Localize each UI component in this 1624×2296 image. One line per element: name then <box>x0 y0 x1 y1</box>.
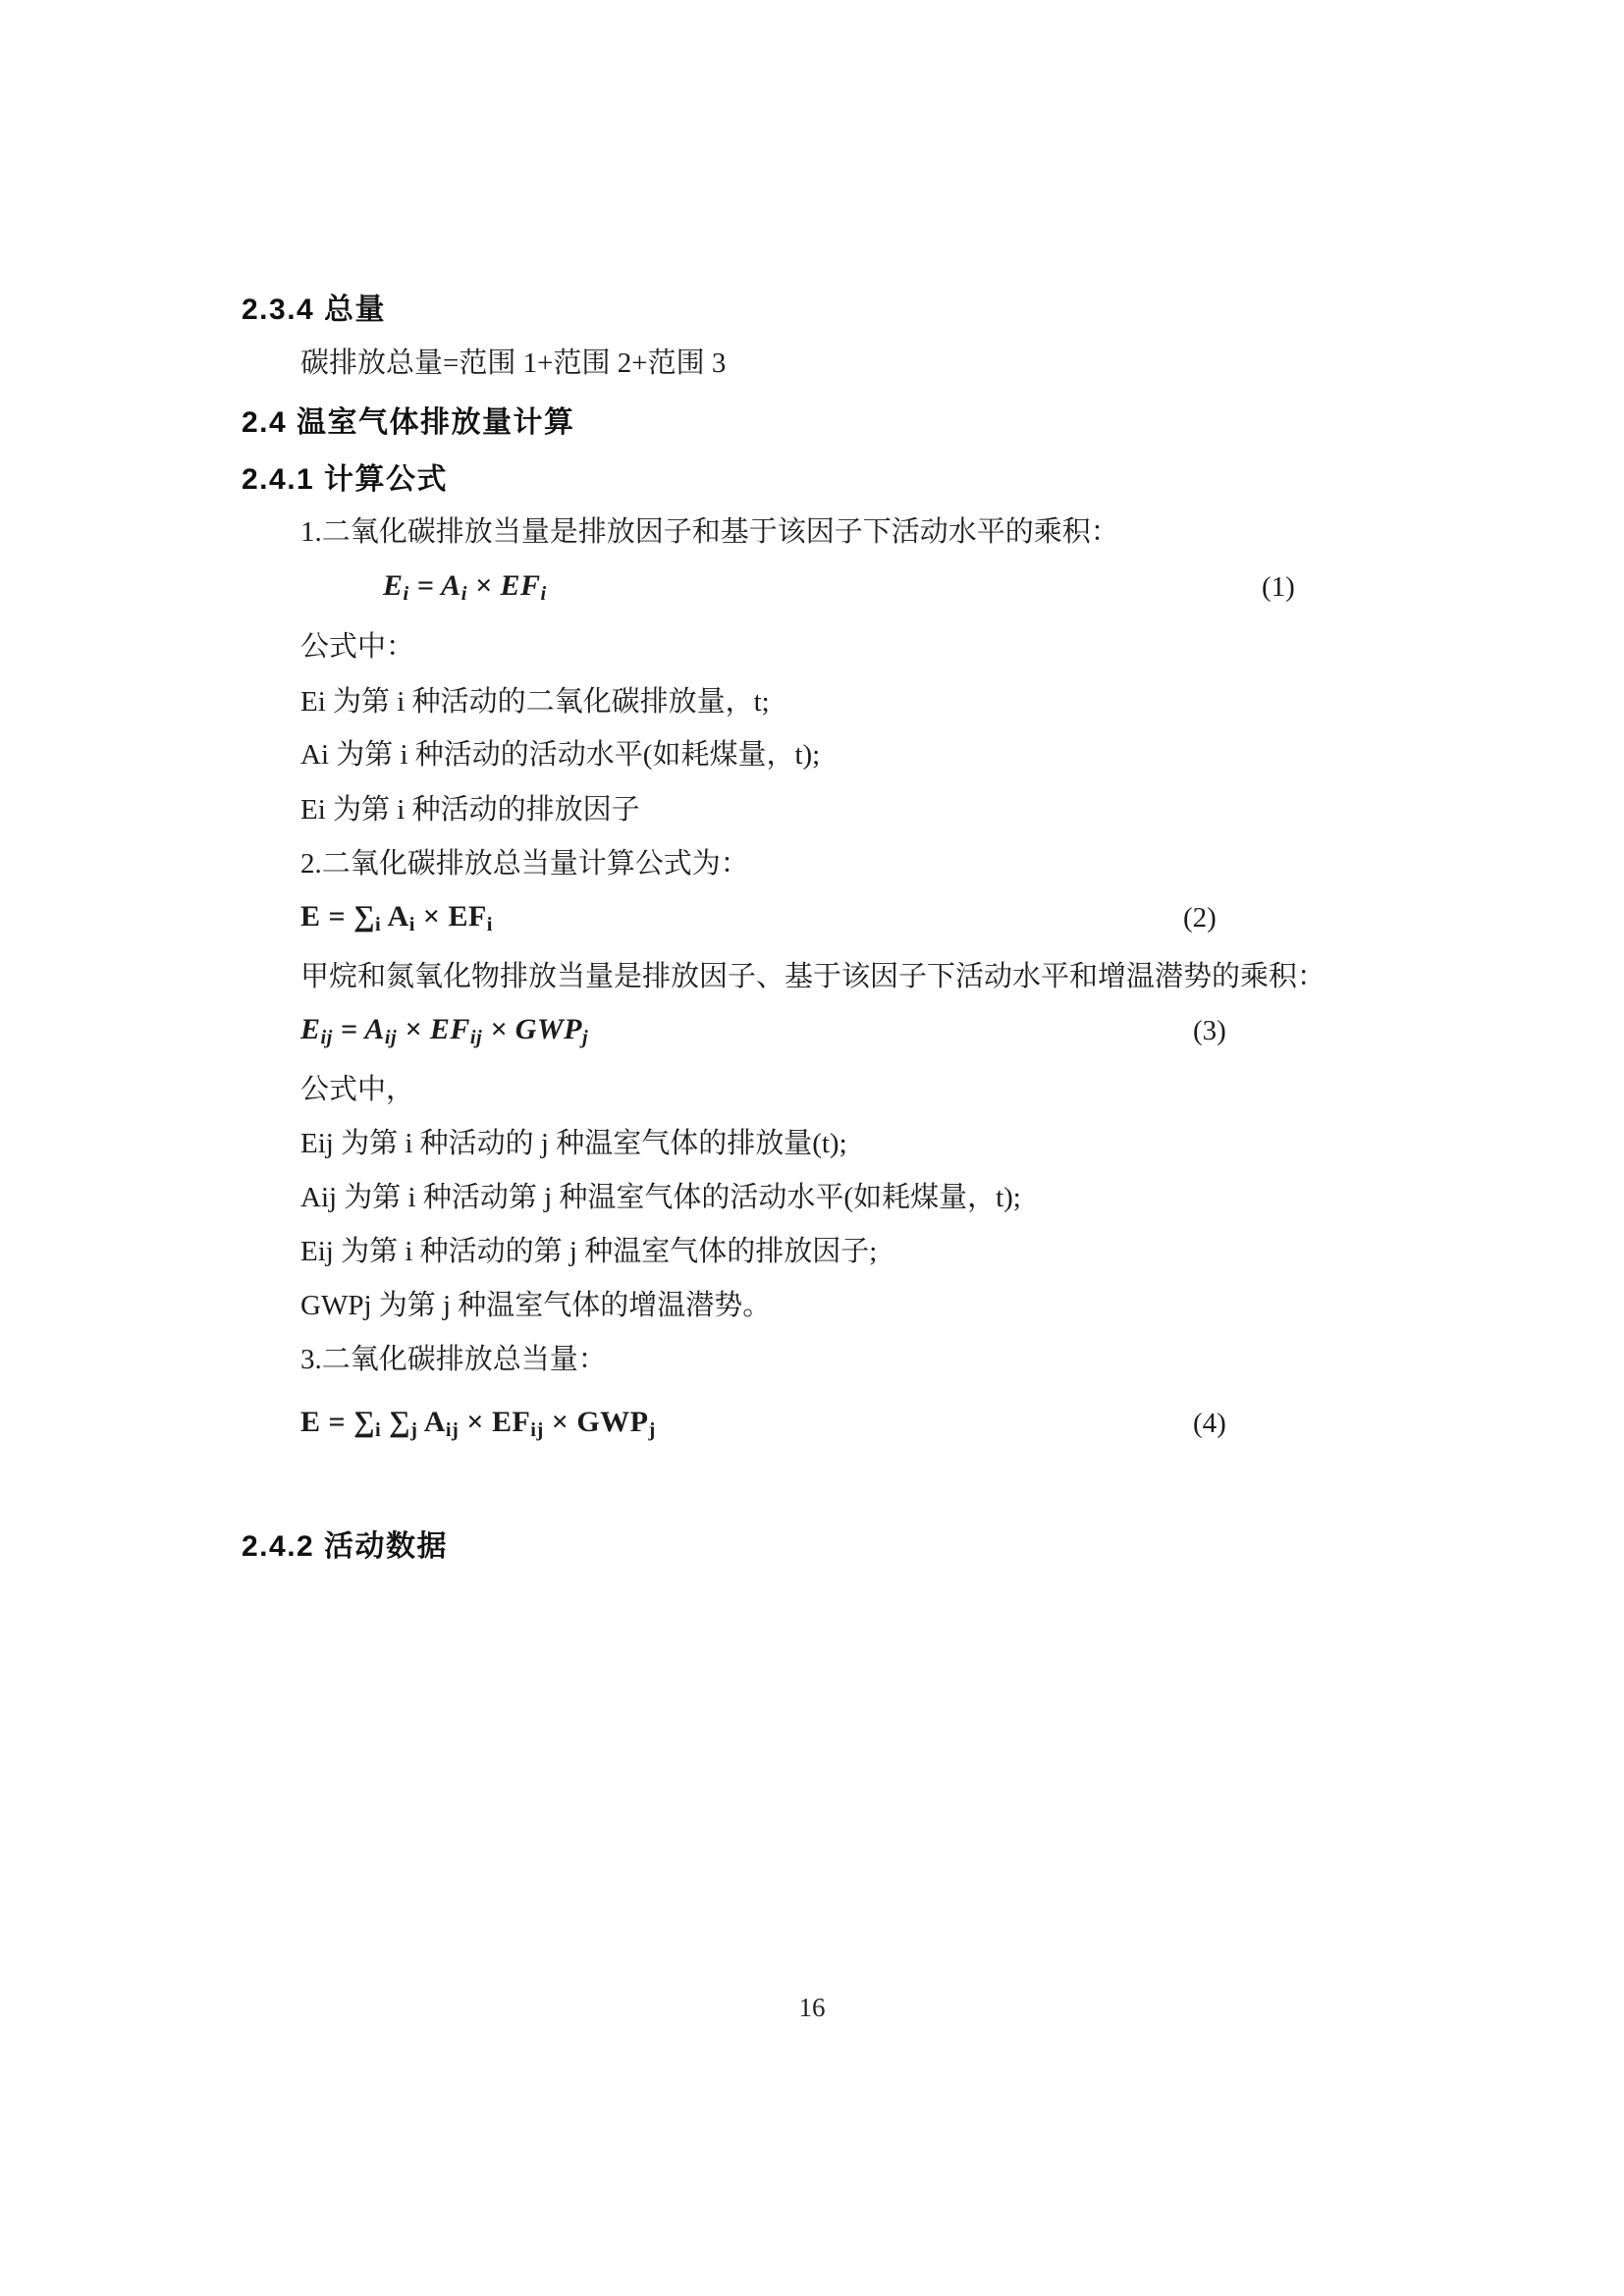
paragraph-item-1: 1.二氧化碳排放当量是排放因子和基于该因子下活动水平的乘积： <box>300 514 1119 550</box>
paragraph-def-gwpj: GWPj 为第 j 种温室气体的增温潜势。 <box>300 1288 771 1323</box>
heading-2-4: 2.4 温室气体排放量计算 <box>242 404 575 442</box>
equation-label-2: (2) <box>1183 902 1217 934</box>
heading-2-4-2: 2.4.2 活动数据 <box>242 1528 448 1566</box>
paragraph-in-formula-1: 公式中： <box>300 629 414 665</box>
paragraph-total-emissions-formula: 碳排放总量=范围 1+范围 2+范围 3 <box>300 346 726 381</box>
equation-label-3: (3) <box>1193 1015 1226 1047</box>
heading-2-4-1: 2.4.1 计算公式 <box>242 461 448 499</box>
paragraph-def-efi: Ei 为第 i 种活动的排放因子 <box>300 792 640 828</box>
paragraph-item-3: 3.二氧化碳排放总当量： <box>300 1342 607 1377</box>
formula-3: Eij = Aij × EFij × GWPj <box>300 1013 588 1046</box>
paragraph-methane: 甲烷和氮氧化物排放当量是排放因子、基于该因子下活动水平和增温潜势的乘积： <box>300 959 1326 994</box>
formula-1-row: Ei = Ai × EFi (1) <box>242 569 1382 613</box>
formula-3-row: Eij = Aij × EFij × GWPj (3) <box>242 1013 1382 1056</box>
paragraph-def-efij: Eij 为第 i 种活动的第 j 种温室气体的排放因子; <box>300 1234 877 1269</box>
paragraph-in-formula-2: 公式中， <box>300 1072 414 1107</box>
paragraph-def-ai: Ai 为第 i 种活动的活动水平(如耗煤量，t); <box>300 737 820 773</box>
equation-label-4: (4) <box>1193 1408 1226 1440</box>
formula-4-row: E = ∑i ∑j Aij × EFij × GWPj (4) <box>242 1406 1382 1449</box>
paragraph-def-eij: Eij 为第 i 种活动的 j 种温室气体的排放量(t); <box>300 1126 847 1161</box>
formula-1: Ei = Ai × EFi <box>383 569 547 603</box>
formula-2-row: E = ∑i Ai × EFi (2) <box>242 900 1382 943</box>
formula-4: E = ∑i ∑j Aij × EFij × GWPj <box>300 1406 656 1439</box>
heading-2-3-4: 2.3.4 总量 <box>242 292 386 329</box>
paragraph-def-ei: Ei 为第 i 种活动的二氧化碳排放量，t; <box>300 684 770 720</box>
equation-label-1: (1) <box>1262 571 1295 604</box>
paragraph-def-aij: Aij 为第 i 种活动第 j 种温室气体的活动水平(如耗煤量，t); <box>300 1180 1021 1215</box>
paragraph-item-2: 2.二氧化碳排放总当量计算公式为： <box>300 846 749 881</box>
formula-2: E = ∑i Ai × EFi <box>300 900 493 934</box>
page-number: 16 <box>0 1993 1624 2023</box>
document-page: 2.3.4 总量 碳排放总量=范围 1+范围 2+范围 3 2.4 温室气体排放… <box>0 0 1624 2296</box>
